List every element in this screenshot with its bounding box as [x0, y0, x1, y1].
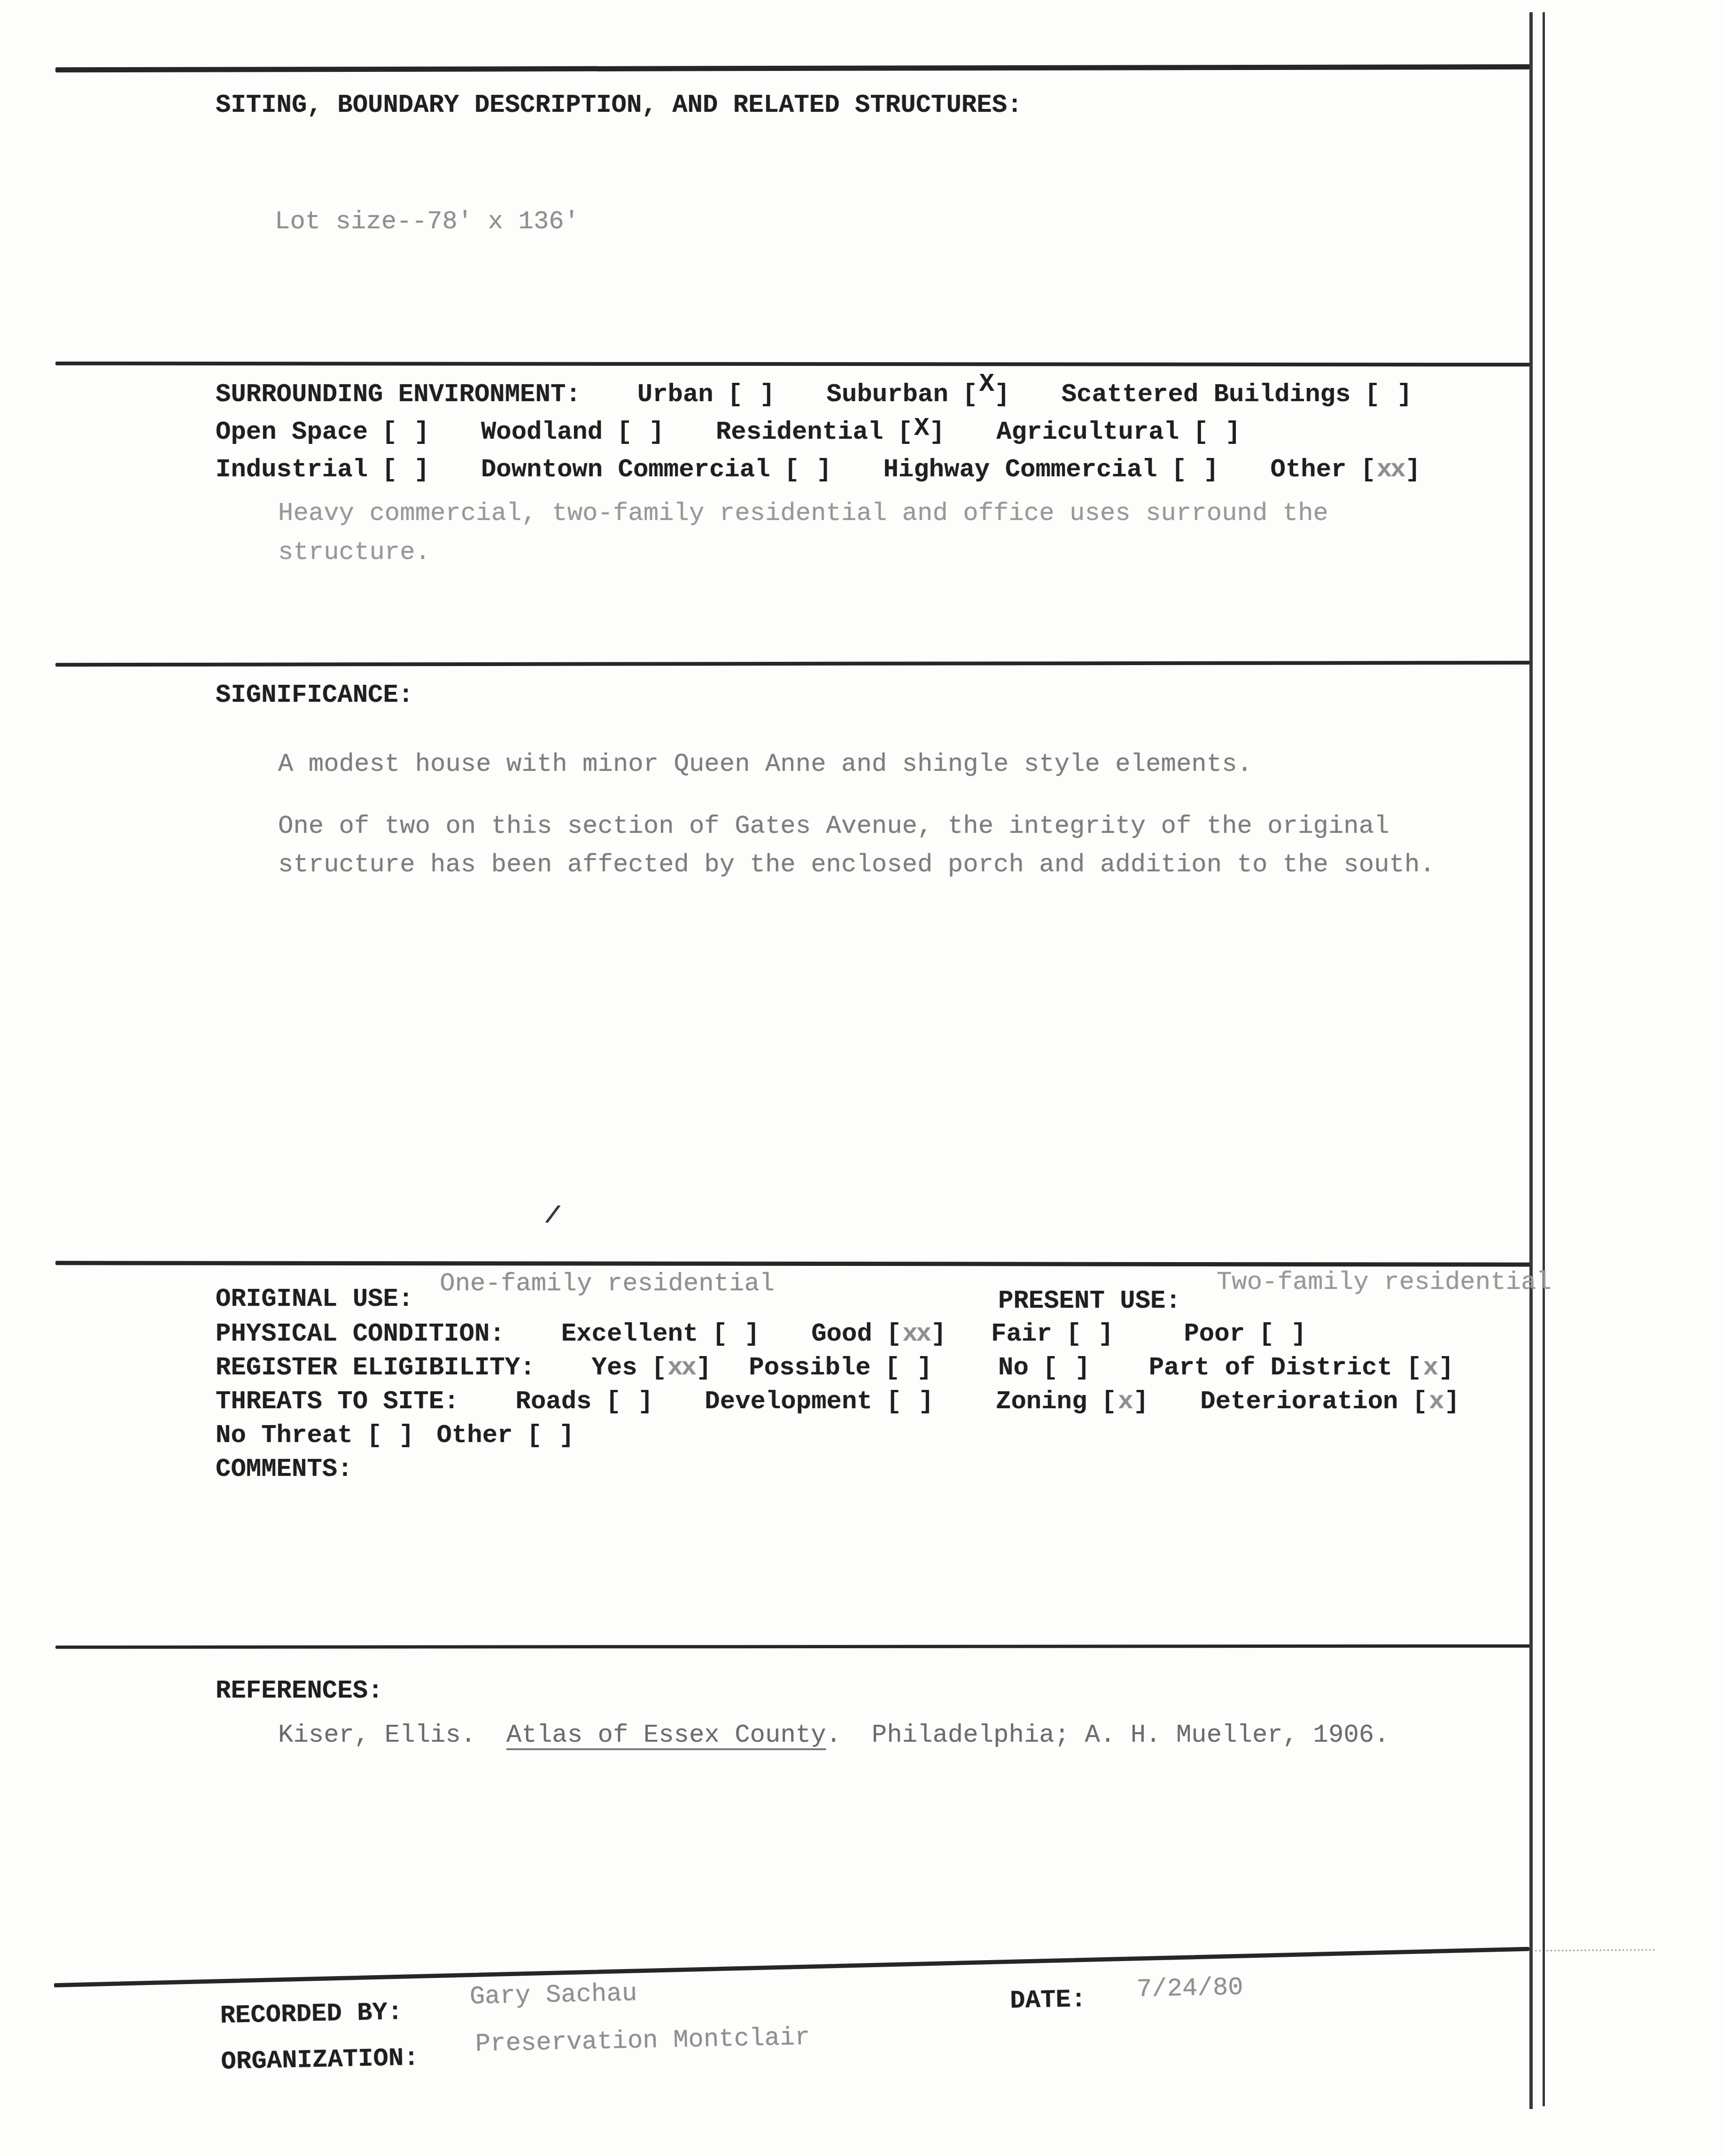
- checkbox-agricultural: [ ]: [1193, 418, 1241, 447]
- option-possible: Possible[ ]: [749, 1354, 932, 1383]
- organization-value: Preservation Montclair: [475, 2024, 810, 2059]
- original-use-label: ORIGINAL USE:: [216, 1285, 413, 1314]
- right-margin-line-outer: [1543, 12, 1545, 2106]
- checkbox-mark: X: [913, 414, 930, 443]
- survey-form-page: SITING, BOUNDARY DESCRIPTION, AND RELATE…: [0, 0, 1722, 2156]
- checkbox-development: [ ]: [886, 1388, 934, 1416]
- option-roads: Roads[ ]: [515, 1388, 653, 1417]
- stray-pen-mark: /: [543, 1202, 562, 1233]
- comments-label: COMMENTS:: [216, 1455, 353, 1484]
- checkbox-mark: X: [977, 370, 994, 399]
- section-rule-top: [55, 64, 1530, 73]
- checkbox-industrial: [ ]: [382, 456, 429, 484]
- surrounding-environment-row-2: Open Space[ ]Woodland[ ]Residential[X]Ag…: [216, 418, 1241, 447]
- checkbox-mark: xx: [901, 1320, 931, 1349]
- present-use-label: PRESENT USE:: [998, 1287, 1181, 1316]
- significance-paragraph-2-line-2: structure has been affected by the enclo…: [278, 851, 1435, 880]
- date-value: 7/24/80: [1136, 1973, 1243, 2005]
- checkbox-mark: [1058, 1354, 1075, 1383]
- surrounding-environment-row-1: SURROUNDING ENVIRONMENT:Urban[ ]Suburban…: [216, 380, 1412, 410]
- section-rule-5: [55, 1644, 1530, 1649]
- checkbox-mark: [632, 418, 649, 447]
- checkbox-woodland: [ ]: [617, 418, 664, 447]
- checkbox-mark: [1209, 418, 1226, 447]
- physical-condition-row-left: PHYSICAL CONDITION:Excellent[ ]Good[xx]: [216, 1320, 946, 1349]
- checkbox-mark: [728, 1320, 745, 1349]
- checkbox-deterioration: [x]: [1412, 1388, 1460, 1416]
- citation-publisher: . Philadelphia; A. H. Mueller, 1906.: [826, 1721, 1389, 1750]
- checkbox-mark: x: [1117, 1388, 1133, 1417]
- citation-author: Kiser, Ellis.: [278, 1721, 506, 1750]
- option-poor: Poor[ ]: [1184, 1320, 1306, 1349]
- references-section-title: REFERENCES:: [216, 1677, 383, 1706]
- checkbox-mark: [1081, 1320, 1098, 1349]
- option-open-space: Open Space[ ]: [216, 418, 429, 447]
- threats-row-2: No Threat[ ]Other[ ]: [216, 1421, 574, 1450]
- checkbox-mark: x: [1427, 1388, 1444, 1417]
- surrounding-description-line-1: Heavy commercial, two-family residential…: [278, 499, 1328, 528]
- option-urban: Urban[ ]: [637, 380, 775, 410]
- present-use-value: Two-family residential: [1217, 1268, 1551, 1297]
- option-no: No[ ]: [998, 1354, 1090, 1383]
- threats-row-right: Zoning[x]Deterioration[x]: [996, 1388, 1459, 1417]
- checkbox-good: [xx]: [886, 1320, 946, 1349]
- checkbox-urban: [ ]: [728, 380, 775, 409]
- option-other-threat: Other[ ]: [436, 1421, 574, 1450]
- original-use-row: ORIGINAL USE:One-family residential: [216, 1285, 775, 1314]
- reference-citation: Kiser, Ellis. Atlas of Essex County. Phi…: [278, 1721, 1389, 1750]
- surrounding-environment-label: SURROUNDING ENVIRONMENT:: [216, 380, 581, 409]
- option-excellent: Excellent[ ]: [561, 1320, 760, 1349]
- physical-condition-row-right: Fair[ ]Poor[ ]: [991, 1320, 1306, 1349]
- checkbox-no-threat: [ ]: [367, 1421, 414, 1450]
- checkbox-zoning: [x]: [1101, 1388, 1148, 1416]
- checkbox-mark: [901, 1388, 918, 1417]
- checkbox-suburban: [X]: [962, 380, 1010, 409]
- lot-size-value: Lot size--78' x 136': [275, 208, 579, 237]
- checkbox-mark: [621, 1388, 638, 1417]
- checkbox-highway-commercial: [ ]: [1171, 456, 1219, 484]
- significance-paragraph-2-line-1: One of two on this section of Gates Aven…: [278, 812, 1389, 841]
- checkbox-possible: [ ]: [885, 1354, 932, 1382]
- option-scattered-buildings: Scattered Buildings[ ]: [1062, 380, 1412, 410]
- checkbox-other-environment: [xx]: [1361, 456, 1421, 484]
- checkbox-mark: xx: [667, 1354, 696, 1383]
- option-good: Good[xx]: [811, 1320, 946, 1349]
- option-industrial: Industrial[ ]: [216, 456, 429, 485]
- footer-block: RECORDED BY: Gary Sachau DATE: 7/24/80 O…: [220, 1976, 1537, 2124]
- option-residential: Residential[X]: [716, 418, 945, 447]
- surrounding-description-line-2: structure.: [278, 538, 430, 567]
- checkbox-mark: [799, 456, 816, 485]
- register-eligibility-row-left: REGISTER ELIGIBILITY:Yes[xx]Possible[ ]: [216, 1354, 932, 1383]
- checkbox-fair: [ ]: [1066, 1320, 1114, 1349]
- organization-label: ORGANIZATION:: [221, 2044, 419, 2078]
- section-rule-2: [55, 362, 1530, 367]
- checkbox-mark: x: [1422, 1354, 1439, 1383]
- checkbox-mark: xx: [1376, 456, 1405, 485]
- checkbox-open-space: [ ]: [382, 418, 429, 447]
- siting-section-title: SITING, BOUNDARY DESCRIPTION, AND RELATE…: [216, 91, 1022, 120]
- present-use-row: PRESENT USE:Two-family residential: [998, 1287, 1551, 1316]
- option-zoning: Zoning[x]: [996, 1388, 1148, 1417]
- checkbox-mark: [1274, 1320, 1291, 1349]
- faint-dotted-line: [1535, 1949, 1655, 1952]
- option-part-of-district: Part of District[x]: [1149, 1354, 1454, 1383]
- option-deterioration: Deterioration[x]: [1200, 1388, 1459, 1417]
- checkbox-mark: [1187, 456, 1203, 485]
- option-fair: Fair[ ]: [991, 1320, 1113, 1349]
- checkbox-scattered-buildings: [ ]: [1365, 380, 1412, 409]
- checkbox-excellent: [ ]: [712, 1320, 760, 1349]
- option-woodland: Woodland[ ]: [481, 418, 664, 447]
- section-rule-4: [55, 1261, 1530, 1266]
- checkbox-poor: [ ]: [1259, 1320, 1306, 1349]
- surrounding-environment-row-3: Industrial[ ]Downtown Commercial[ ]Highw…: [216, 456, 1420, 485]
- checkbox-part-of-district: [x]: [1406, 1354, 1454, 1382]
- checkbox-no: [ ]: [1043, 1354, 1090, 1382]
- checkbox-mark: [900, 1354, 917, 1383]
- checkbox-downtown-commercial: [ ]: [784, 456, 832, 484]
- checkbox-mark: [542, 1421, 559, 1450]
- physical-condition-label: PHYSICAL CONDITION:: [216, 1320, 505, 1349]
- threats-row-left: THREATS TO SITE:Roads[ ]Development[ ]: [216, 1388, 934, 1417]
- checkbox-residential: [X]: [897, 418, 945, 447]
- significance-section-title: SIGNIFICANCE:: [216, 681, 413, 710]
- option-no-threat: No Threat[ ]: [216, 1421, 414, 1450]
- option-yes: Yes[xx]: [592, 1354, 712, 1383]
- register-eligibility-label: REGISTER ELIGIBILITY:: [216, 1354, 535, 1382]
- threats-to-site-label: THREATS TO SITE:: [216, 1388, 459, 1416]
- option-other-environment: Other[xx]: [1271, 456, 1421, 485]
- recorded-by-label: RECORDED BY:: [220, 1998, 403, 2031]
- checkbox-mark: [1380, 380, 1397, 410]
- option-suburban: Suburban[X]: [827, 380, 1010, 410]
- option-development: Development[ ]: [705, 1388, 933, 1417]
- original-use-value: One-family residential: [440, 1270, 775, 1299]
- checkbox-mark: [382, 1421, 399, 1450]
- citation-title-underlined: Atlas of Essex County: [506, 1721, 826, 1750]
- significance-paragraph-1: A modest house with minor Queen Anne and…: [278, 750, 1252, 779]
- option-highway-commercial: Highway Commercial[ ]: [883, 456, 1218, 485]
- checkbox-mark: [397, 456, 414, 485]
- checkbox-yes: [xx]: [652, 1354, 712, 1382]
- recorded-by-value: Gary Sachau: [469, 1979, 637, 2012]
- checkbox-other-threat: [ ]: [527, 1421, 574, 1450]
- checkbox-mark: [743, 380, 760, 410]
- checkbox-roads: [ ]: [606, 1388, 653, 1416]
- option-agricultural: Agricultural[ ]: [996, 418, 1241, 447]
- date-label: DATE:: [1010, 1985, 1086, 2016]
- option-downtown-commercial: Downtown Commercial[ ]: [481, 456, 832, 485]
- right-margin-line-inner: [1529, 12, 1533, 2109]
- checkbox-mark: [397, 418, 414, 447]
- register-eligibility-row-right: No[ ]Part of District[x]: [998, 1354, 1454, 1383]
- section-rule-3: [55, 661, 1530, 667]
